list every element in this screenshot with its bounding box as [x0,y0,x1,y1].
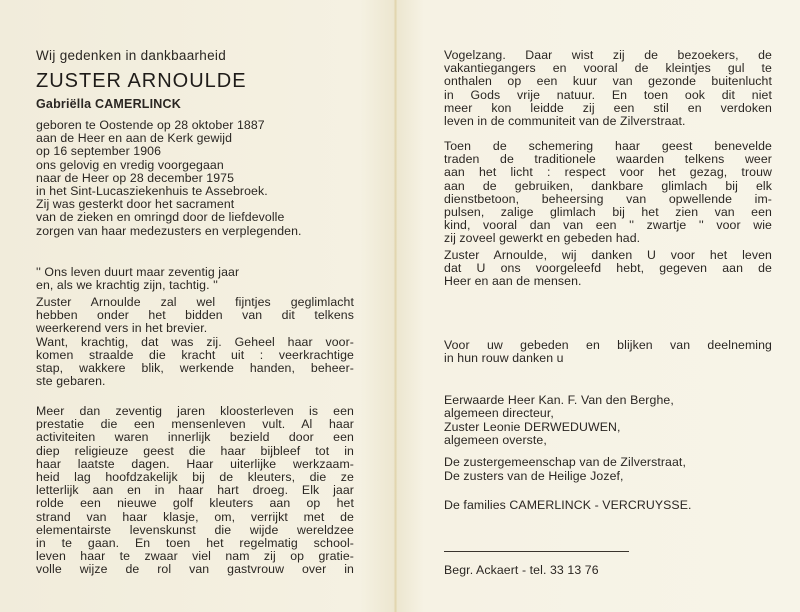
paragraph-vogelzang: Vogelzang. Daar wist zij de bezoekers, d… [444,49,772,128]
text-line: rolde een nieuwe golf kleuters aan op he… [36,497,354,510]
signatory-title: algemeen overste, [444,434,772,447]
paragraph-strength: Zuster Arnoulde zal wel fijntjes gegliml… [36,296,354,388]
memorial-card: Wij gedenken in dankbaarheid ZUSTER ARNO… [0,0,800,612]
text-line: weerkerend vers in het brevier. [36,322,354,335]
bio-line: op 16 september 1906 [36,145,302,158]
text-line: aan de gebruiken, dankbare glimlach bij … [444,180,772,193]
signatory-superior: Zuster Leonie DERWEDUWEN, algemeen overs… [444,421,772,447]
bio-line: van de zieken en omringd door de liefdev… [36,211,302,224]
center-fold [394,0,397,612]
signatory-name: De zustergemeenschap van de Zilverstraat… [444,456,772,469]
bio-line: ons gelovig en vredig voorgegaan [36,159,302,172]
paragraph-twilight: Toen de schemering haar geest benevelde … [444,140,772,246]
text-line: ste gebaren. [36,375,354,388]
text-line: in hun rouw danken u [444,352,772,365]
paragraph-gratitude: Zuster Arnoulde, wij danken U voor het l… [444,249,772,289]
biography: geboren te Oostende op 28 oktober 1887 a… [36,119,302,238]
text-line: aan het licht : respect voor het gezag, … [444,166,772,179]
signatory-title: algemeen directeur, [444,407,772,420]
intro-line: Wij gedenken in dankbaarheid [36,48,226,63]
signatory-families: De families CAMERLINCK - VERCRUYSSE. [444,499,772,512]
signatory-name: De families CAMERLINCK - VERCRUYSSE. [444,499,772,512]
divider-line [444,551,629,552]
psalm-quote: '' Ons leven duurt maar zeventig jaar en… [36,266,239,292]
text-line: strand van haar klasje, om, verrijkt met… [36,511,354,524]
text-line: Heer en aan de mensen. [444,275,772,288]
paragraph-convent-life: Meer dan zeventig jaren kloosterleven is… [36,405,354,577]
signatory-name: De zusters van de Heilige Jozef, [444,470,772,483]
text-line: diep religieuze geest die haar bijbleef … [36,445,354,458]
religious-name: ZUSTER ARNOULDE [36,70,247,93]
bio-line: zorgen van haar medezusters en verplegen… [36,225,302,238]
signatory-community: De zustergemeenschap van de Zilverstraat… [444,456,772,469]
signatory-director: Eerwaarde Heer Kan. F. Van den Berghe, a… [444,394,772,420]
text-line: volle wijze de rol van gastvrouw over in [36,563,354,576]
civil-name: Gabriëlla CAMERLINCK [36,97,181,111]
signatory-congregation: De zusters van de Heilige Jozef, [444,470,772,483]
text-line: onthalen op een kuur van gezonde buitenl… [444,75,772,88]
text-line: activiteiten waren innerlijk bezield doo… [36,431,354,444]
text-line: zij zoveel gewerkt en gebeden had. [444,232,772,245]
thanks-note: Voor uw gebeden en blijken van deelnemin… [444,339,772,365]
printer-credit: Begr. Ackaert - tel. 33 13 76 [444,564,599,577]
quote-line: en, als we krachtig zijn, tachtig. '' [36,279,239,292]
text-line: Want, krachtig, dat was zij. Geheel haar… [36,336,354,349]
text-line: in Gods vrije natuur. En toen ook dit ni… [444,89,772,102]
text-line: leven in de communiteit van de Zilverstr… [444,115,772,128]
